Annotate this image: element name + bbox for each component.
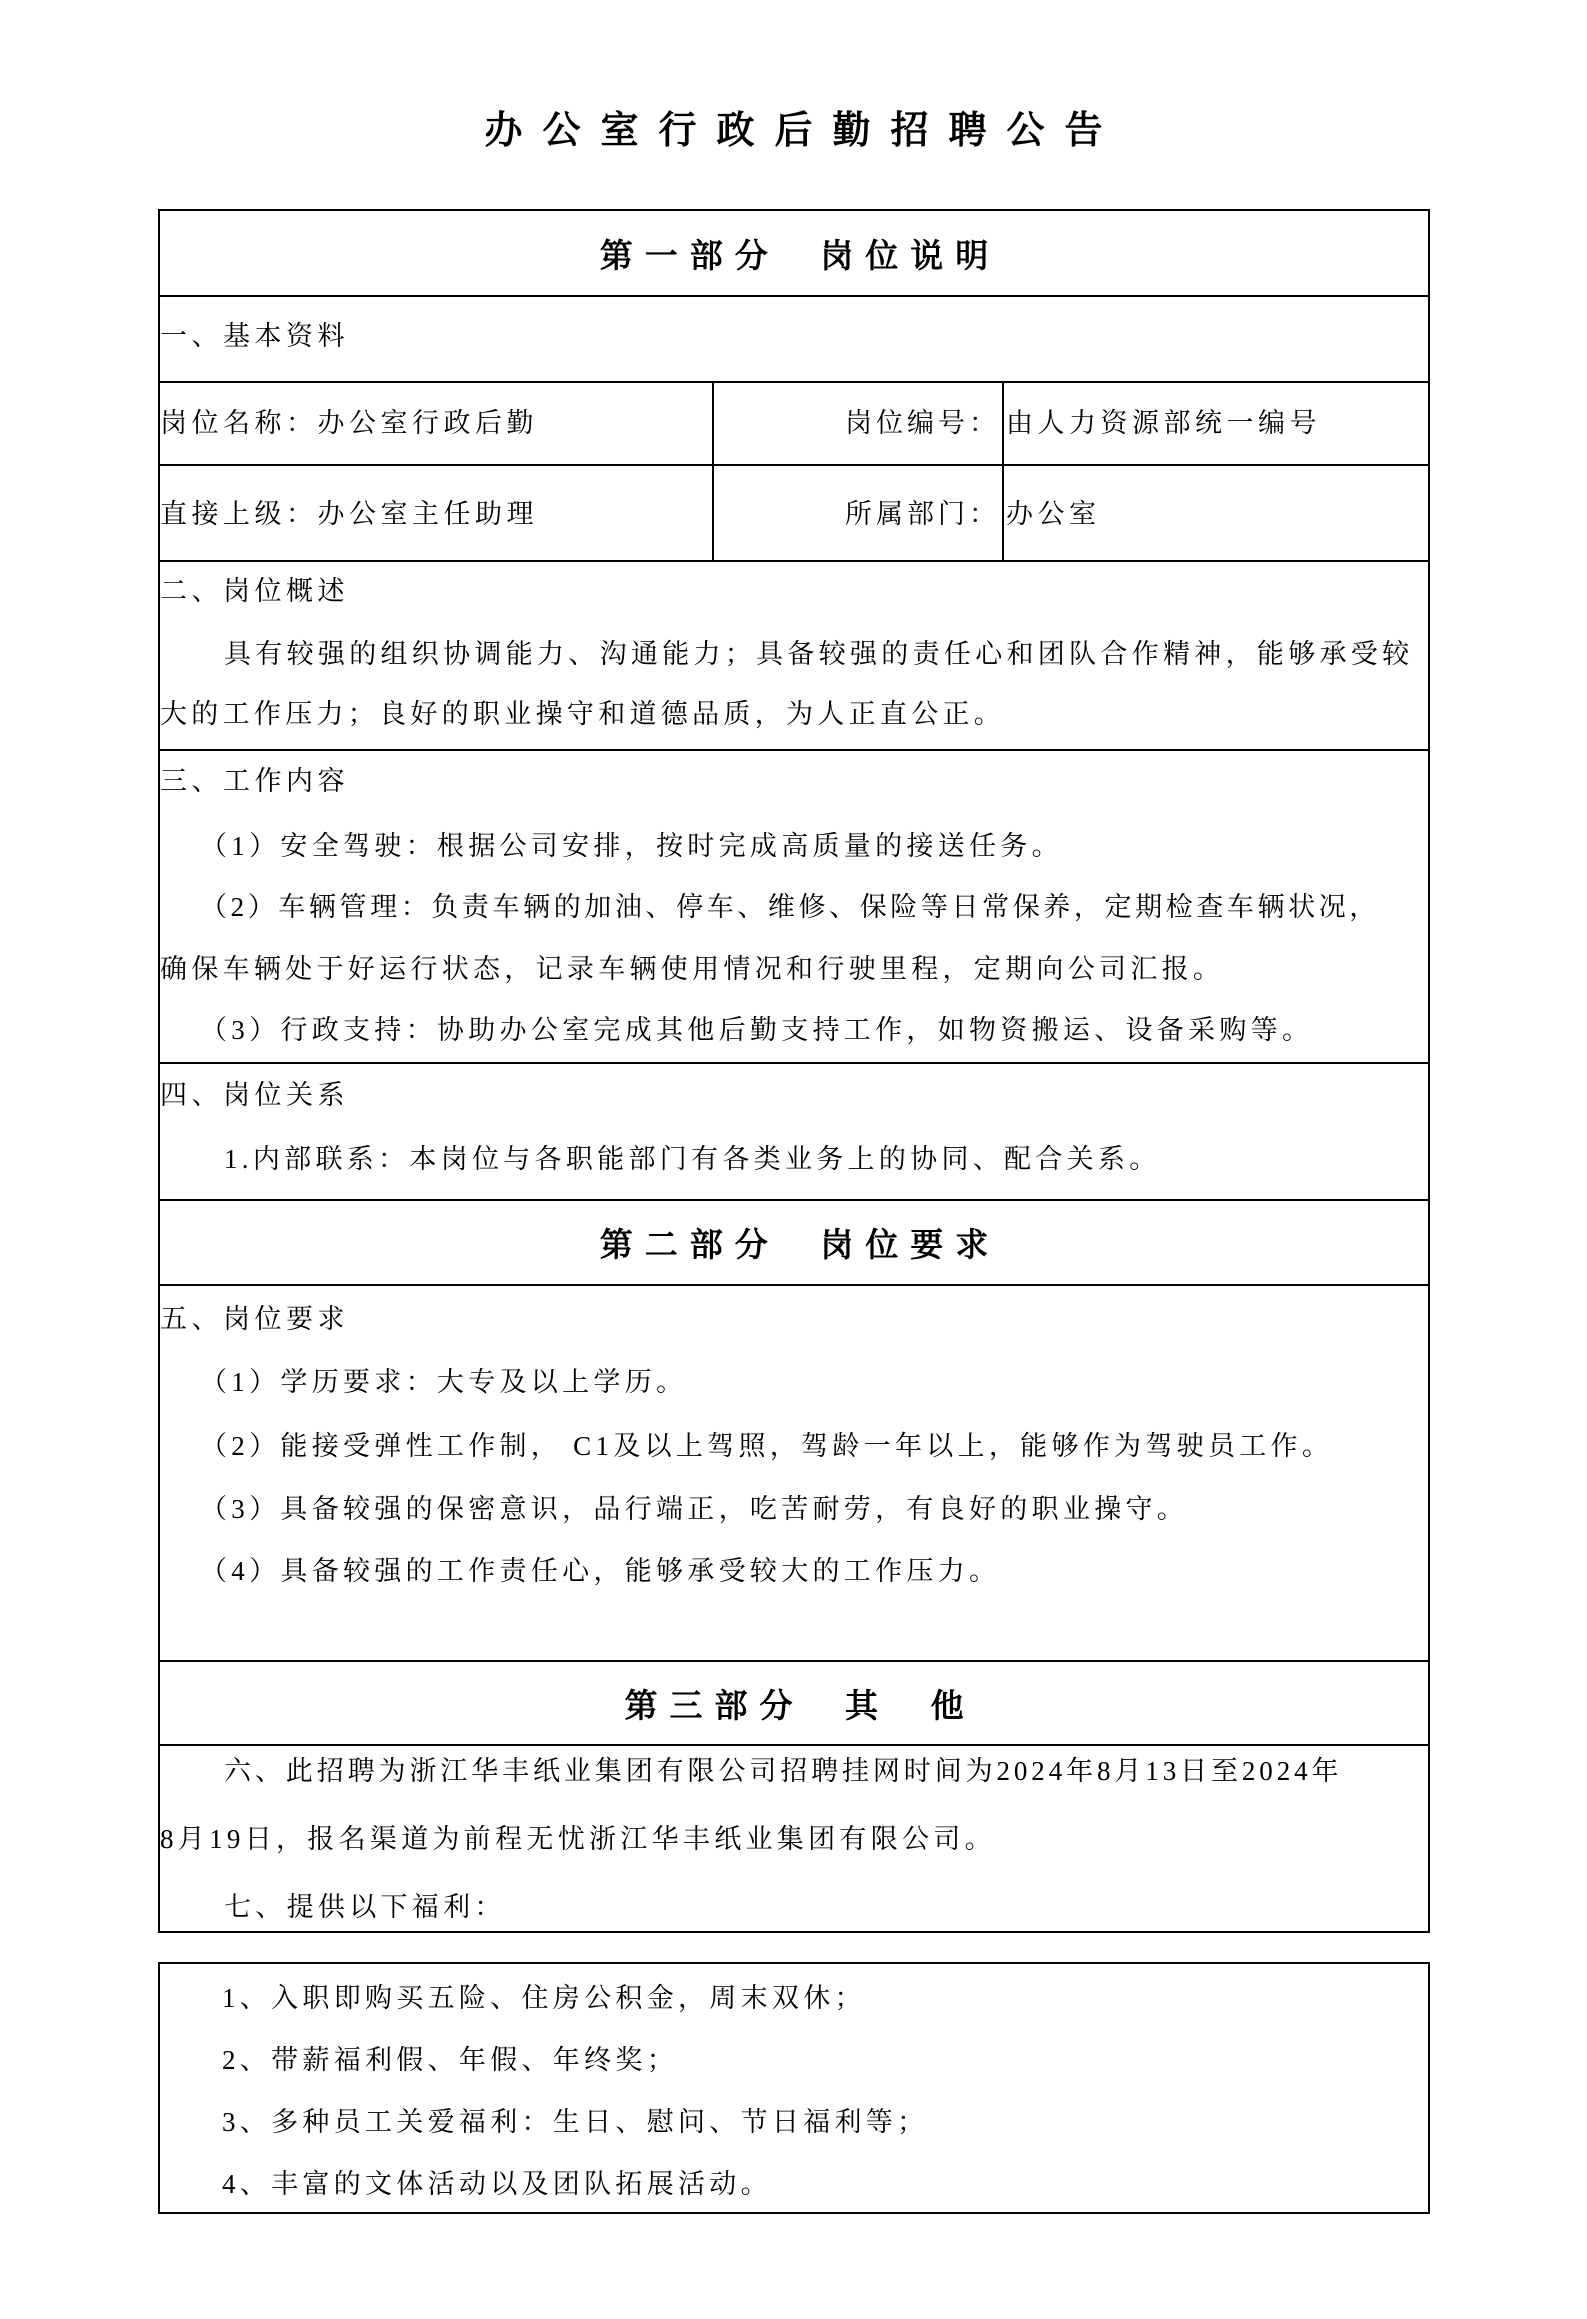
duty-line: 确保车辆处于好运行状态，记录车辆使用情况和行驶里程，定期向公司汇报。 xyxy=(160,949,1224,989)
part1-heading: 第一部分 岗位说明 xyxy=(160,211,1428,295)
overview-line: 具有较强的组织协调能力、沟通能力；具备较强的责任心和团队合作精神，能够承受较 xyxy=(224,634,1413,674)
duty-line: （2）车辆管理：负责车辆的加油、停车、维修、保险等日常保养，定期检查车辆状况， xyxy=(200,887,1380,927)
benefit-item: 3、多种员工关爱福利：生日、慰问、节日福利等； xyxy=(222,2102,928,2142)
requirement-line: （3）具备较强的保密意识，品行端正，吃苦耐劳，有良好的职业操守。 xyxy=(200,1489,1188,1529)
overview-line: 大的工作压力；良好的职业操守和道德品质，为人正直公正。 xyxy=(160,694,1005,734)
position-name-value: 办公室行政后勤 xyxy=(318,408,539,438)
position-name-field: 岗位名称：办公室行政后勤 xyxy=(160,403,538,443)
requirements-label: 五、岗位要求 xyxy=(160,1299,349,1339)
position-name-row: 岗位名称：办公室行政后勤 岗位编号： 由人力资源部统一编号 xyxy=(160,381,1428,464)
page-title: 办公室行政后勤招聘公告 xyxy=(0,102,1587,158)
benefits-table: 1、入职即购买五险、住房公积金，周末双休； 2、带薪福利假、年假、年终奖； 3、… xyxy=(158,1962,1430,2214)
part3-heading-row: 第三部分 其 他 xyxy=(160,1660,1428,1744)
overview-label: 二、岗位概述 xyxy=(160,571,349,611)
department-label: 所属部门： xyxy=(845,494,1000,534)
department-value: 办公室 xyxy=(1006,494,1101,534)
supervisor-field: 直接上级：办公室主任助理 xyxy=(160,494,538,534)
part2-heading: 第二部分 岗位要求 xyxy=(160,1201,1428,1284)
column-divider xyxy=(712,383,714,464)
duties-row: 三、工作内容 （1）安全驾驶：根据公司安排，按时完成高质量的接送任务。 （2）车… xyxy=(160,749,1428,1062)
requirement-line: （1）学历要求：大专及以上学历。 xyxy=(200,1362,687,1402)
supervisor-value: 办公室主任助理 xyxy=(318,499,539,529)
benefit-item: 2、带薪福利假、年假、年终奖； xyxy=(222,2040,678,2080)
other-info-line: 六、此招聘为浙江华丰纸业集团有限公司招聘挂网时间为2024年8月13日至2024… xyxy=(224,1751,1342,1791)
position-code-label: 岗位编号： xyxy=(845,403,1000,443)
relations-label: 四、岗位关系 xyxy=(160,1075,349,1115)
position-code-value: 由人力资源部统一编号 xyxy=(1006,403,1321,443)
column-divider xyxy=(1002,383,1004,464)
basic-info-label: 一、基本资料 xyxy=(160,316,349,356)
requirements-row: 五、岗位要求 （1）学历要求：大专及以上学历。 （2）能接受弹性工作制， C1及… xyxy=(160,1284,1428,1660)
duty-line: （1）安全驾驶：根据公司安排，按时完成高质量的接送任务。 xyxy=(200,826,1063,866)
basic-info-row: 一、基本资料 xyxy=(160,295,1428,381)
part1-heading-row: 第一部分 岗位说明 xyxy=(160,211,1428,295)
duty-line: （3）行政支持：协助办公室完成其他后勤支持工作，如物资搬运、设备采购等。 xyxy=(200,1010,1313,1050)
relations-row: 四、岗位关系 1.内部联系：本岗位与各职能部门有各类业务上的协同、配合关系。 xyxy=(160,1062,1428,1199)
supervisor-label: 直接上级： xyxy=(160,499,318,529)
position-name-label: 岗位名称： xyxy=(160,408,318,438)
requirement-line: （4）具备较强的工作责任心，能够承受较大的工作压力。 xyxy=(200,1551,1000,1591)
other-info-line: 8月19日，报名渠道为前程无忧浙江华丰纸业集团有限公司。 xyxy=(160,1819,996,1859)
benefit-item: 4、丰富的文体活动以及团队拓展活动。 xyxy=(222,2164,772,2204)
other-info-row: 六、此招聘为浙江华丰纸业集团有限公司招聘挂网时间为2024年8月13日至2024… xyxy=(160,1744,1428,1933)
overview-row: 二、岗位概述 具有较强的组织协调能力、沟通能力；具备较强的责任心和团队合作精神，… xyxy=(160,560,1428,749)
column-divider xyxy=(1002,466,1004,560)
job-description-table: 第一部分 岗位说明 一、基本资料 岗位名称：办公室行政后勤 岗位编号： 由人力资… xyxy=(158,209,1430,1933)
part3-heading: 第三部分 其 他 xyxy=(160,1662,1428,1744)
relations-line: 1.内部联系：本岗位与各职能部门有各类业务上的协同、配合关系。 xyxy=(224,1139,1161,1179)
part2-heading-row: 第二部分 岗位要求 xyxy=(160,1199,1428,1284)
duties-label: 三、工作内容 xyxy=(160,761,349,801)
column-divider xyxy=(712,466,714,560)
requirement-line: （2）能接受弹性工作制， C1及以上驾照，驾龄一年以上，能够作为驾驶员工作。 xyxy=(200,1426,1333,1466)
benefits-intro: 七、提供以下福利： xyxy=(224,1887,506,1927)
document-page: 办公室行政后勤招聘公告 第一部分 岗位说明 一、基本资料 岗位名称：办公室行政后… xyxy=(0,0,1587,2319)
supervisor-row: 直接上级：办公室主任助理 所属部门： 办公室 xyxy=(160,464,1428,560)
benefit-item: 1、入职即购买五险、住房公积金，周末双休； xyxy=(222,1978,866,2018)
